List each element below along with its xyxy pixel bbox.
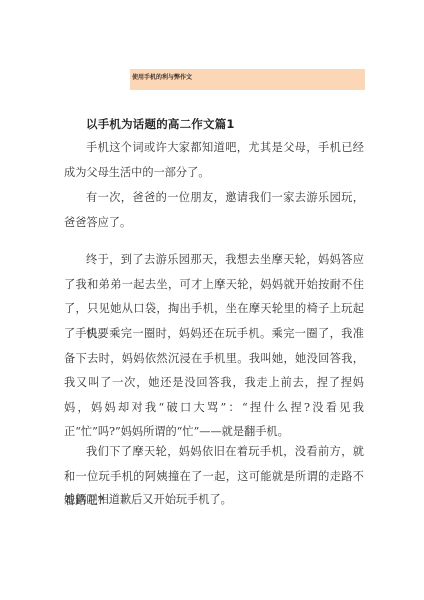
paragraph-1: 手机这个词或许大家都知道吧，尤其是父母，手机已经成为父母生活中的一部分了。 — [64, 136, 364, 185]
banner-text: 使用手机的利与弊作文 — [132, 72, 192, 81]
paragraph-2: 有一次，爸爸的一位朋友，邀请我们一家去游乐园玩，爸爸答应了。 — [64, 186, 364, 235]
header-banner: 使用手机的利与弊作文 — [130, 69, 365, 90]
paragraph-6: 她俩互相道歉后又开始玩手机了。 — [64, 488, 364, 513]
document-title: 以手机为话题的高二作文篇1 — [86, 116, 235, 132]
paragraph-4: 快要乘完一圈时，妈妈还在玩手机。乘完一圈了，我准备下去时，妈妈依然沉浸在手机里。… — [64, 322, 364, 445]
